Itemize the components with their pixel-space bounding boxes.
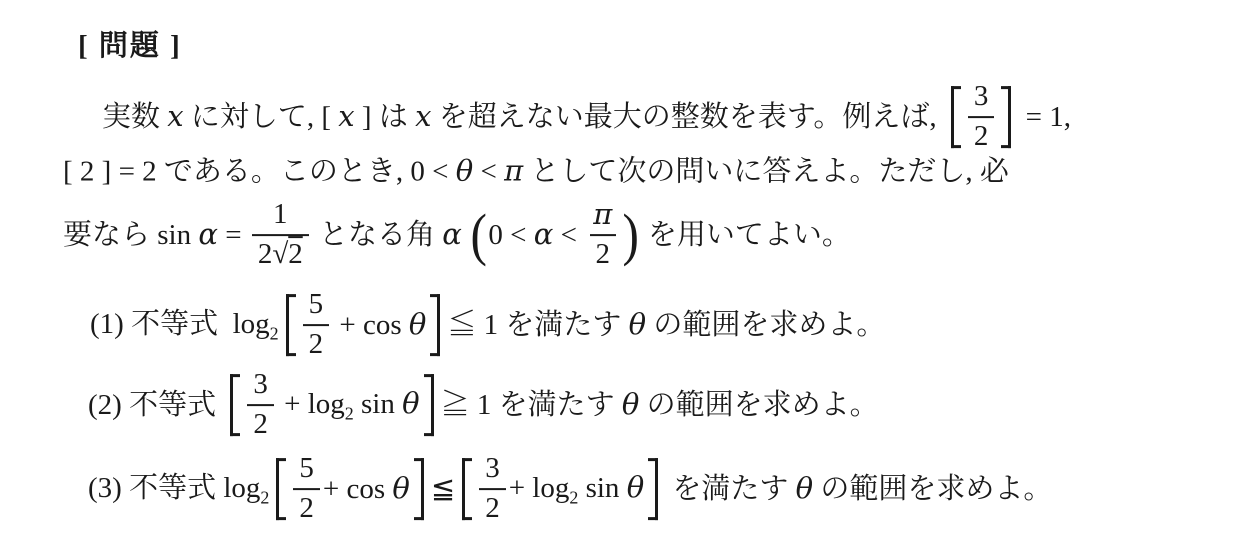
text-run: を用いてよい。 — [641, 217, 851, 253]
text: となる角 — [312, 219, 443, 251]
plus-operator: + — [277, 388, 308, 420]
text-run: + cos θ — [332, 306, 426, 343]
fraction-denominator: 2√2 — [252, 234, 309, 271]
math-fn-sin: sin — [157, 219, 198, 251]
text: 実数 — [102, 101, 167, 133]
fraction: 3 2 — [247, 369, 274, 441]
inequality: ≦ — [431, 473, 455, 505]
math-fn-log: log — [223, 472, 260, 504]
intro-line-3: 要なら sin α = 1 2√2 となる角 α ( 0 < α < π 2 )… — [63, 199, 851, 271]
math-var-x: x — [167, 99, 183, 133]
floor-right-bracket — [430, 294, 440, 356]
text-run: ≦ — [431, 471, 455, 507]
fraction-numerator: π — [587, 199, 618, 234]
plus-operator: + — [509, 472, 533, 504]
math-var-theta: θ — [392, 471, 409, 505]
text: 不等式 — [122, 472, 224, 504]
text-run: 要なら sin α = — [63, 216, 249, 253]
text: を満たす — [499, 389, 622, 421]
math-fn-sin: sin — [578, 472, 626, 504]
fraction-numerator: 1 — [267, 199, 294, 234]
intro-line-2: [ 2 ] = 2 である。このとき, 0 < θ < π として次の問いに答え… — [63, 152, 1009, 189]
text-run: ≦ 1 を満たす θ の範囲を求めよ。 — [447, 306, 885, 343]
fraction: π 2 — [587, 199, 618, 271]
math-fn-cos: + cos — [332, 309, 409, 341]
math-fn-cos: + cos — [323, 473, 393, 505]
fraction-numerator: 3 — [247, 369, 274, 404]
text-run: を満たす θ の範囲を求めよ。 — [665, 470, 1052, 507]
question-2: (2) 不等式 3 2 + log2 sin θ ≧ 1 を満たす θ の範囲を… — [88, 369, 879, 441]
text: < — [473, 155, 504, 187]
question-3: (3) 不等式 log2 5 2 + cos θ ≦ 3 2 + log2 si… — [88, 453, 1052, 525]
math-var-theta: θ — [456, 153, 473, 187]
fraction-denominator: 2 — [303, 324, 330, 361]
fraction-numerator: 3 — [479, 453, 506, 488]
text-run: + log2 sin θ — [277, 385, 420, 425]
log-base: 2 — [569, 487, 578, 507]
floor-left-bracket — [230, 374, 240, 436]
text: の範囲を求めよ。 — [813, 473, 1052, 505]
text: 不等式 — [124, 308, 233, 340]
text-run: (1) 不等式 log2 — [90, 306, 279, 345]
log-base: 2 — [345, 403, 354, 423]
fraction-denominator: 2 — [590, 234, 617, 271]
inequality: ≦ 1 — [447, 309, 505, 341]
floor-right-bracket — [648, 458, 658, 520]
big-paren-close: ) — [623, 209, 639, 261]
fraction-denominator: 2 — [293, 488, 320, 525]
text-run: + cos θ — [323, 470, 410, 507]
text: = 1, — [1018, 101, 1071, 133]
floor-right-bracket — [1001, 86, 1011, 148]
title-text: [ 問題 ] — [78, 28, 182, 64]
math-fn-log: log — [308, 388, 345, 420]
floor-left-bracket — [286, 294, 296, 356]
text-run: ≧ 1 を満たす θ の範囲を求めよ。 — [441, 386, 879, 423]
math-var-alpha: α — [442, 217, 462, 251]
text: を満たす — [505, 309, 628, 341]
text: を超えない最大の整数を表す。例えば, — [431, 101, 943, 133]
text: の範囲を求めよ。 — [646, 309, 885, 341]
text-run: (3) 不等式 log2 — [88, 470, 269, 509]
math-var-theta: θ — [796, 471, 813, 505]
math-fn-sin: sin — [354, 388, 402, 420]
text: の範囲を求めよ。 — [639, 389, 878, 421]
text: を満たす — [665, 473, 796, 505]
radical-sign: √ — [272, 238, 288, 270]
page-title: [ 問題 ] — [78, 28, 182, 64]
question-number: (3) — [88, 472, 122, 504]
text-run: となる角 α — [312, 216, 469, 253]
text: 不等式 — [122, 389, 224, 421]
text-run: 0 < α < — [488, 216, 584, 253]
question-number: (1) — [90, 308, 124, 340]
text: < — [553, 219, 584, 251]
text: を用いてよい。 — [641, 219, 851, 251]
math-var-pi: π — [504, 153, 523, 187]
floor-right-bracket — [414, 458, 424, 520]
big-paren-open: ( — [471, 209, 487, 261]
radicand: 2 — [288, 238, 303, 270]
fraction: 3 2 — [479, 453, 506, 525]
floor-right-bracket — [424, 374, 434, 436]
text-run: 実数 x に対して, [ x ] は x を超えない最大の整数を表す。例えば, — [102, 98, 944, 135]
math-fn-log: log — [233, 308, 270, 340]
text-run: = 1, — [1018, 99, 1071, 135]
fraction-denominator: 2 — [479, 488, 506, 525]
fraction: 5 2 — [303, 289, 330, 361]
math-fn-log: log — [532, 472, 569, 504]
text: = — [218, 219, 249, 251]
log-base: 2 — [260, 487, 269, 507]
question-number: (2) — [88, 389, 122, 421]
intro-line-1: 実数 x に対して, [ x ] は x を超えない最大の整数を表す。例えば, … — [102, 81, 1071, 153]
math-var-theta: θ — [629, 307, 646, 341]
text: に対して, [ — [184, 101, 339, 133]
math-var-alpha: α — [198, 217, 218, 251]
fraction: 1 2√2 — [252, 199, 309, 271]
inequality: ≧ 1 — [441, 389, 499, 421]
text: ] は — [355, 101, 415, 133]
text: 要なら — [63, 219, 157, 251]
question-1: (1) 不等式 log2 5 2 + cos θ ≦ 1 を満たす θ の範囲を… — [90, 289, 885, 361]
math-var-x: x — [415, 99, 431, 133]
floor-left-bracket — [951, 86, 961, 148]
fraction-denominator: 2 — [247, 404, 274, 441]
text-run: + log2 sin θ — [509, 469, 644, 509]
log-base: 2 — [270, 323, 279, 343]
fraction-numerator: 3 — [968, 81, 995, 116]
document-page: [ 問題 ] 実数 x に対して, [ x ] は x を超えない最大の整数を表… — [0, 0, 1255, 539]
text: [ 2 ] = 2 である。このとき, 0 < — [63, 155, 456, 187]
fraction-numerator: 5 — [293, 453, 320, 488]
math-var-theta: θ — [622, 387, 639, 421]
math-var-theta: θ — [409, 307, 426, 341]
fraction-numerator: 5 — [303, 289, 330, 324]
text: 0 < — [488, 219, 533, 251]
floor-left-bracket — [276, 458, 286, 520]
fraction: 5 2 — [293, 453, 320, 525]
text-run: (2) 不等式 — [88, 387, 223, 423]
math-var-x: x — [338, 99, 354, 133]
text: として次の問いに答えよ。ただし, 必 — [523, 155, 1009, 187]
floor-left-bracket — [462, 458, 472, 520]
text — [462, 219, 469, 251]
math-var-alpha: α — [534, 217, 554, 251]
math-var-theta: θ — [402, 386, 419, 420]
coefficient: 2 — [258, 238, 273, 270]
text-run: [ 2 ] = 2 である。このとき, 0 < θ < π として次の問いに答え… — [63, 152, 1009, 189]
fraction-denominator: 2 — [968, 116, 995, 153]
math-var-theta: θ — [627, 470, 644, 504]
fraction: 3 2 — [968, 81, 995, 153]
